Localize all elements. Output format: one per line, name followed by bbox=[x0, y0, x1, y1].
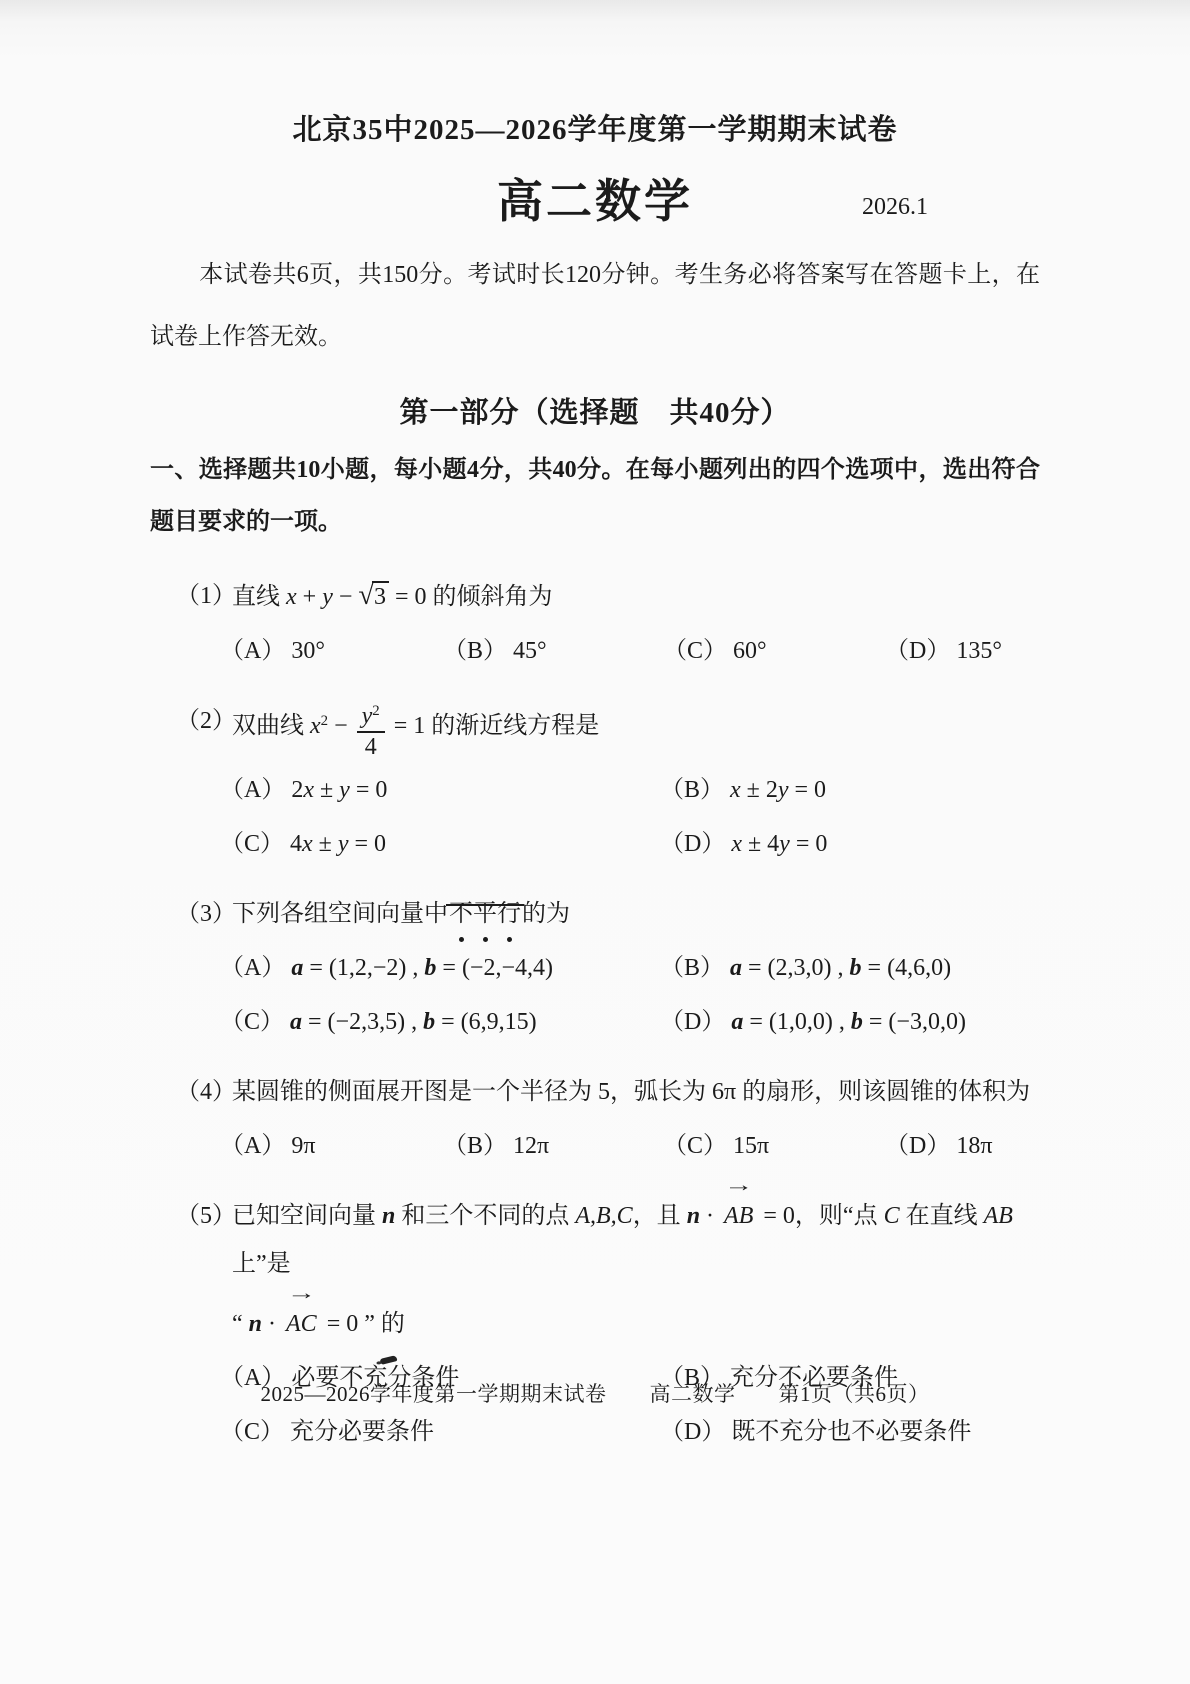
option-label: （D） bbox=[660, 1419, 731, 1445]
option-item: （B） 45° bbox=[443, 627, 663, 675]
option-content: a = (1,0,0) , b = (−3,0,0) bbox=[731, 1009, 966, 1035]
option-content: a = (2,3,0) , b = (4,6,0) bbox=[730, 955, 951, 981]
option-label: （B） bbox=[660, 955, 730, 981]
option-item: （C） 充分必要条件 bbox=[220, 1408, 660, 1456]
option-item: （C） 15π bbox=[663, 1122, 885, 1170]
subject-title: 高二数学 bbox=[497, 176, 693, 227]
emphasized-text: 不平行 bbox=[448, 901, 522, 927]
page-content: 北京35中2025—2026学年度第一学期期末试卷 高二数学 2026.1 本试… bbox=[0, 112, 1190, 1456]
option-item: （D） a = (1,0,0) , b = (−3,0,0) bbox=[660, 998, 1040, 1046]
option-label: （A） bbox=[220, 777, 291, 803]
square-root: √3 bbox=[358, 584, 389, 610]
exam-page: 北京35中2025—2026学年度第一学期期末试卷 高二数学 2026.1 本试… bbox=[0, 0, 1190, 1684]
option-item: （D） x ± 4y = 0 bbox=[660, 820, 1040, 868]
options-row: （C） 充分必要条件（D） 既不充分也不必要条件 bbox=[150, 1408, 1040, 1456]
option-content: a = (1,2,−2) , b = (−2,−4,4) bbox=[291, 955, 553, 981]
option-content: x ± 4y = 0 bbox=[731, 831, 827, 857]
option-item: （C） a = (−2,3,5) , b = (6,9,15) bbox=[220, 998, 660, 1046]
question: （5）已知空间向量 n 和三个不同的点 A,B,C，且 n · →AB = 0，… bbox=[150, 1192, 1040, 1456]
option-label: （C） bbox=[220, 1009, 290, 1035]
option-label: （B） bbox=[443, 638, 513, 664]
options-row: （A） 30°（B） 45°（C） 60°（D） 135° bbox=[150, 627, 1040, 675]
option-label: （A） bbox=[220, 1133, 291, 1159]
option-label: （B） bbox=[660, 777, 730, 803]
exam-date: 2026.1 bbox=[862, 194, 928, 221]
question-number: （1） bbox=[176, 572, 236, 620]
question-number: （3） bbox=[176, 890, 236, 938]
option-content: x ± 2y = 0 bbox=[730, 777, 826, 803]
vector-arrow-icon: → bbox=[274, 1287, 328, 1301]
option-label: （D） bbox=[885, 638, 956, 664]
options-row: （A） 2x ± y = 0（B） x ± 2y = 0 bbox=[150, 766, 1040, 814]
question-stem: （5）已知空间向量 n 和三个不同的点 A,B,C，且 n · →AB = 0，… bbox=[150, 1192, 1040, 1288]
option-content: 60° bbox=[733, 638, 767, 664]
question-number: （5） bbox=[176, 1192, 236, 1240]
question: （3）下列各组空间向量中不平行的为（A） a = (1,2,−2) , b = … bbox=[150, 890, 1040, 1046]
instructions: 一、选择题共10小题，每小题4分，共40分。在每小题列出的四个选项中，选出符合题… bbox=[150, 444, 1040, 548]
option-content: 30° bbox=[291, 638, 325, 664]
option-content: 15π bbox=[733, 1133, 769, 1159]
question: （4）某圆锥的侧面展开图是一个半径为 5，弧长为 6π 的扇形，则该圆锥的体积为… bbox=[150, 1068, 1040, 1170]
section-heading: 第一部分（选择题 共40分） bbox=[150, 392, 1040, 434]
question-stem: （1）直线 x + y − √3 = 0 的倾斜角为 bbox=[150, 572, 1040, 621]
option-label: （D） bbox=[660, 1009, 731, 1035]
option-content: 45° bbox=[513, 638, 547, 664]
question-stem: （3）下列各组空间向量中不平行的为 bbox=[150, 890, 1040, 938]
question: （2）双曲线 x2 − y24 = 1 的渐近线方程是（A） 2x ± y = … bbox=[150, 697, 1040, 868]
options-row: （C） a = (−2,3,5) , b = (6,9,15)（D） a = (… bbox=[150, 998, 1040, 1046]
option-label: （C） bbox=[663, 1133, 733, 1159]
intro-paragraph: 本试卷共6页，共150分。考试时长120分钟。考生务必将答案写在答题卡上，在试卷… bbox=[150, 244, 1040, 368]
option-content: 12π bbox=[513, 1133, 549, 1159]
options-row: （C） 4x ± y = 0（D） x ± 4y = 0 bbox=[150, 820, 1040, 868]
question-stem-line2: “ n · →AC = 0 ” 的 bbox=[150, 1300, 1040, 1348]
option-item: （C） 4x ± y = 0 bbox=[220, 820, 660, 868]
page-title: 北京35中2025—2026学年度第一学期期末试卷 bbox=[150, 112, 1040, 148]
vector: →AC bbox=[284, 1300, 319, 1348]
option-content: 9π bbox=[291, 1133, 315, 1159]
option-item: （A） 9π bbox=[220, 1122, 443, 1170]
page-footer: 2025—2026学年度第一学期期末试卷 高二数学 第1页（共6页） bbox=[0, 1378, 1190, 1408]
option-content: 18π bbox=[956, 1133, 992, 1159]
option-item: （B） 12π bbox=[443, 1122, 663, 1170]
option-content: a = (−2,3,5) , b = (6,9,15) bbox=[290, 1009, 537, 1035]
questions-container: （1）直线 x + y − √3 = 0 的倾斜角为（A） 30°（B） 45°… bbox=[150, 572, 1040, 1456]
option-item: （D） 135° bbox=[885, 627, 1040, 675]
option-content: 4x ± y = 0 bbox=[290, 831, 386, 857]
option-item: （A） 2x ± y = 0 bbox=[220, 766, 660, 814]
option-label: （A） bbox=[220, 955, 291, 981]
option-item: （C） 60° bbox=[663, 627, 885, 675]
option-item: （D） 既不充分也不必要条件 bbox=[660, 1408, 1040, 1456]
option-label: （D） bbox=[885, 1133, 956, 1159]
option-label: （D） bbox=[660, 831, 731, 857]
option-label: （C） bbox=[220, 1419, 290, 1445]
option-content: 135° bbox=[956, 638, 1002, 664]
fraction: y24 bbox=[357, 703, 385, 761]
question-number: （2） bbox=[176, 697, 236, 745]
subject-row: 高二数学 2026.1 bbox=[150, 172, 1040, 234]
option-item: （A） 30° bbox=[220, 627, 443, 675]
option-item: （B） x ± 2y = 0 bbox=[660, 766, 1040, 814]
option-item: （D） 18π bbox=[885, 1122, 1040, 1170]
question-number: （4） bbox=[176, 1068, 236, 1116]
option-item: （A） a = (1,2,−2) , b = (−2,−4,4) bbox=[220, 944, 660, 992]
vector-arrow-icon: → bbox=[713, 1179, 765, 1193]
option-label: （C） bbox=[663, 638, 733, 664]
option-content: 既不充分也不必要条件 bbox=[731, 1419, 971, 1445]
option-content: 2x ± y = 0 bbox=[291, 777, 387, 803]
vector: →AB bbox=[722, 1192, 755, 1240]
question-stem: （4）某圆锥的侧面展开图是一个半径为 5，弧长为 6π 的扇形，则该圆锥的体积为 bbox=[150, 1068, 1040, 1116]
option-content: 充分必要条件 bbox=[290, 1419, 434, 1445]
options-row: （A） a = (1,2,−2) , b = (−2,−4,4)（B） a = … bbox=[150, 944, 1040, 992]
option-label: （B） bbox=[443, 1133, 513, 1159]
question: （1）直线 x + y − √3 = 0 的倾斜角为（A） 30°（B） 45°… bbox=[150, 572, 1040, 675]
option-label: （C） bbox=[220, 831, 290, 857]
option-item: （B） a = (2,3,0) , b = (4,6,0) bbox=[660, 944, 1040, 992]
options-row: （A） 9π（B） 12π（C） 15π（D） 18π bbox=[150, 1122, 1040, 1170]
question-stem: （2）双曲线 x2 − y24 = 1 的渐近线方程是 bbox=[150, 697, 1040, 760]
option-label: （A） bbox=[220, 638, 291, 664]
radical-sign: √ bbox=[358, 580, 372, 611]
